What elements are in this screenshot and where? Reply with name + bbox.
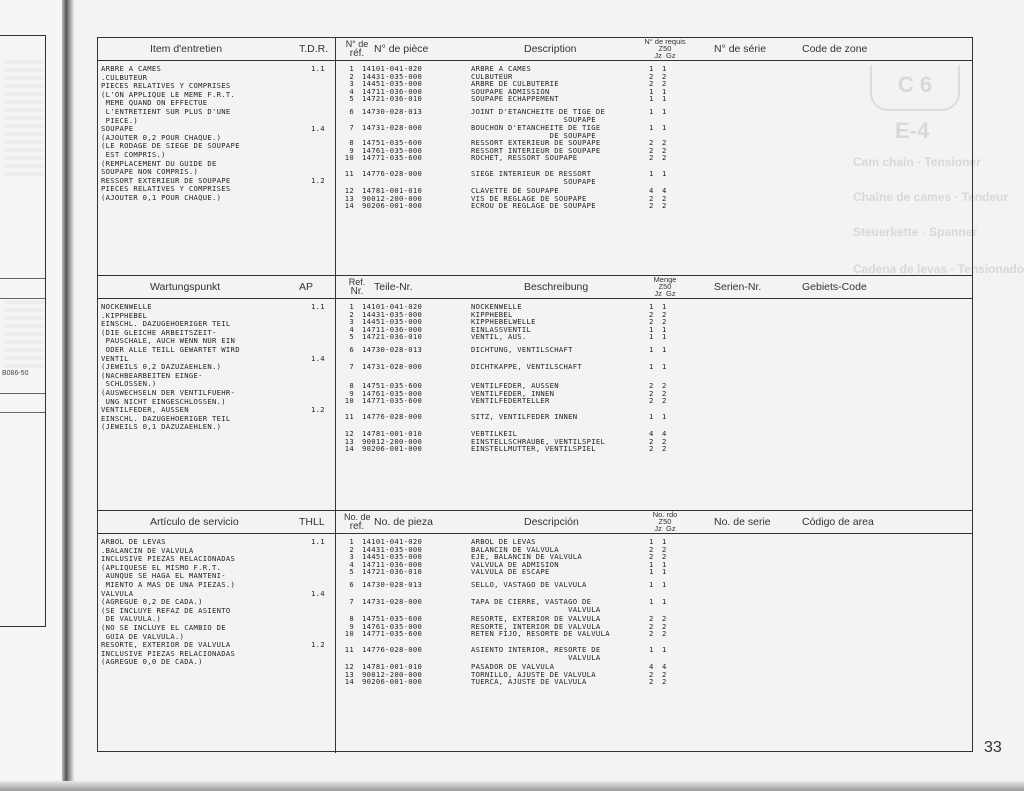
section-fr: Item d'entretien T.D.R. N° de réf. N° de… [98, 38, 972, 275]
part-number: 90206-001-000 [362, 445, 422, 453]
part-number: 14776-028-000 [362, 413, 422, 421]
maintenance-text: (AGREGUE 0,0 DE CADA.) [101, 657, 203, 666]
col-maintenance-item: Wartungspunkt [150, 281, 220, 293]
maintenance-line: (AGREGUE 0,0 DE CADA.) [101, 658, 296, 667]
part-number: 90206-001-000 [362, 202, 422, 210]
col-ref-no-line2: ref. [344, 523, 370, 531]
part-description: DICHTUNG, VENTILSCHAFT [471, 346, 633, 354]
col-labor-time: AP [299, 281, 313, 293]
divider [0, 298, 45, 299]
ref-number: 7 [338, 598, 354, 606]
part-description: SOUPAPE ECHAPPEMENT [471, 95, 633, 103]
col-description: Description [524, 43, 577, 55]
maintenance-text: (AJOUTER 0,1 POUR CHAQUE.) [101, 193, 221, 202]
qty-jz: 1 [649, 95, 654, 103]
col-description: Beschreibung [524, 281, 588, 293]
qty-gz: 1 [662, 108, 667, 116]
qty-gz: 2 [662, 154, 667, 162]
qty-jz: 2 [649, 445, 654, 453]
maintenance-items: ARBRE A CAMES1.1.CULBUTEURPIECES RELATIV… [101, 65, 296, 203]
qty-gz: 1 [662, 170, 667, 178]
part-description: BOUCHON D'ETANCHEITE DE TIGE DE SOUPAPE [471, 124, 633, 139]
col-description: Descripción [524, 516, 579, 528]
part-number: 14771-035-600 [362, 397, 422, 405]
ref-number: 6 [338, 346, 354, 354]
col-ref-no-line2: réf. [344, 50, 370, 58]
ref-number: 11 [338, 170, 354, 178]
col-quantity-types: Jz Gz [639, 290, 691, 297]
ref-number: 6 [338, 581, 354, 589]
ref-number: 7 [338, 124, 354, 132]
column-divider [335, 511, 336, 753]
col-quantity-types: Jz Gz [639, 52, 691, 59]
previous-page-edge: B086-50 [0, 0, 66, 791]
part-description: ASIENTO INTERIOR, RESORTE DE VALVULA [471, 646, 633, 661]
part-number: 14731-028-000 [362, 124, 422, 132]
qty-gz: 1 [662, 581, 667, 589]
col-quantity: Menge Z50 Jz Gz [639, 276, 691, 297]
col-maintenance-item: Artículo de servicio [150, 516, 239, 528]
faded-text-block [4, 60, 44, 180]
qty-jz: 2 [649, 630, 654, 638]
col-serial-no: Serien-Nr. [714, 281, 761, 293]
labor-time-value: 1.2 [311, 406, 325, 415]
book-gutter [62, 0, 74, 791]
col-ref-no: N° de réf. [344, 40, 370, 58]
part-description: VALVULA DE ESCAPE [471, 568, 633, 576]
qty-gz: 1 [662, 646, 667, 654]
col-quantity-types: Jz Gz [639, 525, 691, 532]
part-description: JOINT D'ETANCHEITE DE TIGE DE SOUPAPE [471, 108, 633, 123]
labor-time-value: 1.1 [311, 538, 325, 547]
section-header: Wartungspunkt AP Ref. Nr. Teile-Nr. Besc… [98, 276, 972, 299]
qty-jz: 1 [649, 346, 654, 354]
maintenance-text: (JEWEILS 0,1 DAZUZAEHLEN.) [101, 422, 221, 431]
part-description: DICHTKAPPE, VENTILSCHAFT [471, 363, 633, 371]
col-quantity: N° de requis Z50 Jz Gz [639, 38, 691, 59]
ref-number: 14 [338, 202, 354, 210]
part-number: 14721-036-010 [362, 95, 422, 103]
part-number: 14730-028-013 [362, 346, 422, 354]
maintenance-line: (JEWEILS 0,1 DAZUZAEHLEN.) [101, 423, 296, 432]
ref-number: 5 [338, 95, 354, 103]
part-number: 14721-036-010 [362, 568, 422, 576]
ref-number: 5 [338, 333, 354, 341]
section-header: Artículo de servicio THLL No. de ref. No… [98, 511, 972, 534]
col-area-code: Code de zone [802, 43, 867, 55]
qty-jz: 2 [649, 397, 654, 405]
column-divider [335, 276, 336, 510]
divider [0, 393, 45, 394]
qty-gz: 2 [662, 678, 667, 686]
ref-number: 10 [338, 630, 354, 638]
qty-jz: 1 [649, 581, 654, 589]
divider [0, 278, 45, 279]
col-ref-no-line1: N° de [344, 40, 370, 48]
col-serial-no: N° de série [714, 43, 766, 55]
part-number: 14776-028-000 [362, 170, 422, 178]
ref-number: 11 [338, 413, 354, 421]
qty-jz: 1 [649, 333, 654, 341]
qty-gz: 1 [662, 124, 667, 132]
labor-time-value: 1.4 [311, 355, 325, 364]
ref-number: 7 [338, 363, 354, 371]
part-description: EINSTELLMUTTER, VENTILSPIEL [471, 445, 633, 453]
part-description: VENTIL, AUS. [471, 333, 633, 341]
col-quantity: No. rdo Z50 Jz Gz [639, 511, 691, 532]
col-area-code: Gebiets-Code [802, 281, 867, 293]
part-number: 14721-036-010 [362, 333, 422, 341]
col-ref-no-line2: Nr. [344, 288, 370, 296]
col-serial-no: No. de serie [714, 516, 771, 528]
part-description: ECROU DE REGLAGE DE SOUPAPE [471, 202, 633, 210]
labor-time-value: 1.2 [311, 641, 325, 650]
col-part-no: N° de pièce [374, 43, 428, 55]
part-number: 14730-028-013 [362, 581, 422, 589]
qty-gz: 2 [662, 397, 667, 405]
section-header: Item d'entretien T.D.R. N° de réf. N° de… [98, 38, 972, 61]
qty-gz: 2 [662, 445, 667, 453]
qty-jz: 2 [649, 678, 654, 686]
ref-number: 14 [338, 678, 354, 686]
col-labor-time: T.D.R. [299, 43, 328, 55]
qty-jz: 1 [649, 646, 654, 654]
ref-number: 14 [338, 445, 354, 453]
col-ref-no-line1: No. de [344, 513, 370, 521]
part-number: 14771-035-600 [362, 630, 422, 638]
part-description: RETEN FIJO, RESORTE DE VALVULA [471, 630, 633, 638]
divider [0, 412, 45, 413]
qty-gz: 1 [662, 363, 667, 371]
previous-page-code: B086-50 [2, 370, 28, 377]
faded-text-block [4, 300, 44, 370]
labor-time-value: 1.1 [311, 303, 325, 312]
part-description: SITZ, VENTILFEDER INNEN [471, 413, 633, 421]
part-description: TAPA DE CIERRE, VASTAGO DE VALVULA [471, 598, 633, 613]
part-description: ROCHET, RESSORT SOUPAPE [471, 154, 633, 162]
ref-number: 10 [338, 397, 354, 405]
qty-jz: 1 [649, 413, 654, 421]
labor-time-value: 1.4 [311, 590, 325, 599]
maintenance-line: (AJOUTER 0,1 POUR CHAQUE.) [101, 194, 296, 203]
section-es: Artículo de servicio THLL No. de ref. No… [98, 510, 972, 753]
part-number: 14731-028-000 [362, 598, 422, 606]
qty-jz: 1 [649, 568, 654, 576]
qty-jz: 1 [649, 108, 654, 116]
qty-gz: 1 [662, 95, 667, 103]
col-labor-time: THLL [299, 516, 325, 528]
qty-gz: 1 [662, 568, 667, 576]
maintenance-line: ODER ALLE TEILL GEWARTET WIRD [101, 346, 296, 355]
qty-jz: 2 [649, 154, 654, 162]
qty-gz: 1 [662, 598, 667, 606]
ref-number: 6 [338, 108, 354, 116]
part-number: 14730-028-013 [362, 108, 422, 116]
ref-number: 10 [338, 154, 354, 162]
qty-jz: 1 [649, 598, 654, 606]
labor-time-value: 1.1 [311, 65, 325, 74]
page-number: 33 [984, 739, 1002, 757]
part-number: 14731-028-000 [362, 363, 422, 371]
maintenance-parts-table: Item d'entretien T.D.R. N° de réf. N° de… [97, 37, 973, 752]
col-maintenance-item: Item d'entretien [150, 43, 222, 55]
col-ref-no: No. de ref. [344, 513, 370, 531]
part-description: SELLO, VASTAGO DE VALVULA [471, 581, 633, 589]
section-de: Wartungspunkt AP Ref. Nr. Teile-Nr. Besc… [98, 275, 972, 510]
qty-gz: 2 [662, 630, 667, 638]
maintenance-items: ARBOL DE LEVAS1.1.BALANCIN DE VALVULAINC… [101, 538, 296, 667]
maintenance-items: NOCKENWELLE1.1.KIPPHEBELEINSCHL. DAZUGEH… [101, 303, 296, 432]
part-description: VENTILFEDERTELLER [471, 397, 633, 405]
col-ref-no: Ref. Nr. [344, 278, 370, 296]
qty-gz: 1 [662, 333, 667, 341]
qty-gz: 2 [662, 202, 667, 210]
part-description: TUERCA, AJUSTE DE VALVULA [471, 678, 633, 686]
ref-number: 11 [338, 646, 354, 654]
labor-time-value: 1.2 [311, 177, 325, 186]
page-bottom-edge [0, 781, 1024, 791]
qty-jz: 1 [649, 363, 654, 371]
part-number: 14776-028-000 [362, 646, 422, 654]
column-divider [335, 38, 336, 275]
qty-jz: 2 [649, 202, 654, 210]
part-number: 90206-001-000 [362, 678, 422, 686]
col-area-code: Código de area [802, 516, 874, 528]
col-ref-no-line1: Ref. [344, 278, 370, 286]
part-description: SIEGE INTERIEUR DE RESSORT SOUPAPE [471, 170, 633, 185]
qty-gz: 1 [662, 346, 667, 354]
part-number: 14771-035-600 [362, 154, 422, 162]
col-part-no: No. de pieza [374, 516, 433, 528]
qty-gz: 1 [662, 413, 667, 421]
labor-time-value: 1.4 [311, 125, 325, 134]
col-part-no: Teile-Nr. [374, 281, 413, 293]
qty-jz: 1 [649, 170, 654, 178]
ref-number: 5 [338, 568, 354, 576]
qty-jz: 1 [649, 124, 654, 132]
